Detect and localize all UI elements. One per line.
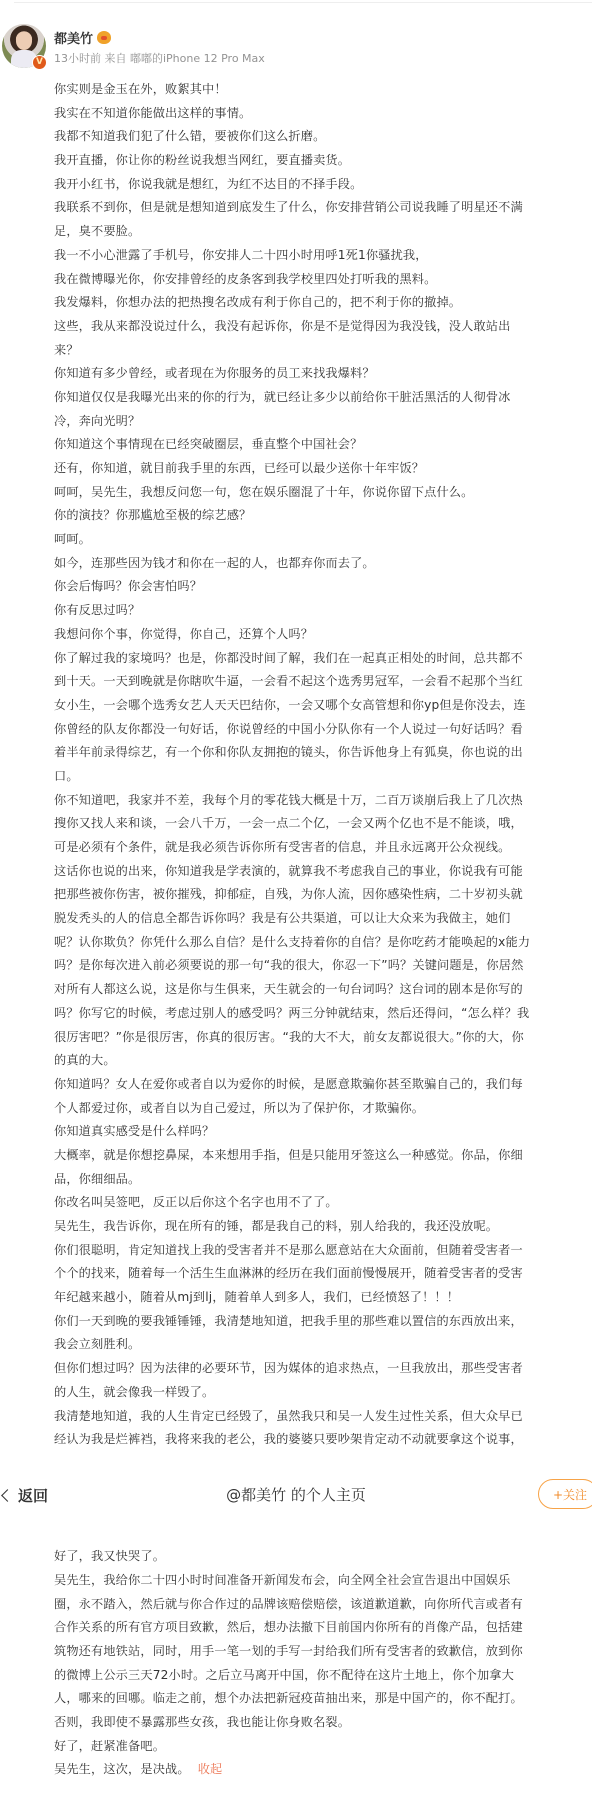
post-text-line: 你知道仅仅是我曝光出来的你的行为，就已经让多少以前给你干脏活黑活的人彻骨冰 [54,386,592,410]
collapse-link[interactable]: 收起 [198,1762,223,1776]
post-text-line: 你们很聪明，肯定知道找上我的受害者并不是那么愿意站在大众面前，但随着受害者一 [54,1239,592,1263]
post-text-line: 你知道这个事情现在已经突破圈层，垂直整个中国社会？ [54,433,592,457]
back-button[interactable]: 返回 [0,1472,48,1518]
post-text-line: 呵呵，吴先生，我想反问您一句，您在娱乐圈混了十年，你说你留下点什么。 [54,481,592,505]
post-text-line: 很厉害吧？”你是很厉害，你真的很厉害。“我的大不大，前女友都说很大。”你的大，你 [54,1026,592,1050]
chevron-left-icon [1,1489,14,1502]
post-text-line: 我会立刻胜利。 [54,1333,592,1357]
post-text-line [54,1522,592,1546]
follow-button[interactable]: +关注 [538,1479,592,1509]
post-text-line: 我在微博曝光你，你安排曾经的皮条客到我学校里四处打听我的黑料。 [54,268,592,292]
crown-icon [97,31,111,44]
post-text-line: 我联系不到你，但是就是想知道到底发生了什么，你安排营销公司说我睡了明星还不满 [54,196,592,220]
post-text-line: 个个的找来，随着每一个活生生血淋淋的经历在我们面前慢慢展开，随着受害者的受害 [54,1262,592,1286]
post-text-line: 我一不小心泄露了手机号，你安排人二十四小时用呼1死1你骚扰我， [54,244,592,268]
post-text-line: 冷，奔向光明？ [54,410,592,434]
post-text-line: 到十天。一天到晚就是你瞎吹牛逼，一会看不起这个选秀男冠军，一会看不起那个当红 [54,670,592,694]
verified-badge-icon: V [32,55,47,70]
post-text-line: 好了，我又快哭了。 [54,1545,592,1569]
author-name[interactable]: 都美竹 [54,28,93,47]
post-text-line: 口。 [54,765,592,789]
post-text-line: 的真的大。 [54,1049,592,1073]
post-text-line: 女小生，一会哪个选秀女艺人天天巴结你，一会又哪个女高管想和你yp但是你没去，连 [54,694,592,718]
post-text-line: 你知道有多少曾经，或者现在为你服务的员工来找我爆料？ [54,362,592,386]
author-name-row: 都美竹 [54,28,111,47]
post-text-line: 呢？认你欺负？你凭什么那么自信？是什么支持着你的自信？是你吃药才能唤起的x能力 [54,931,592,955]
post-text-line: 我都不知道我们犯了什么错，要被你们这么折磨。 [54,125,592,149]
last-line-text: 吴先生，这次，是决战。 [54,1762,190,1776]
post-text-line: 对所有人都这么说，这是你与生俱来，天生就会的一句台词吗？这台词的剧本是你写的 [54,978,592,1002]
profile-navbar: 返回 @都美竹 的个人主页 +关注 [0,1472,592,1518]
post-content: 你实则是金玉在外，败絮其中！我实在不知道你能做出这样的事情。我都不知道我们犯了什… [54,78,592,1782]
post-text-line: 你会后悔吗？你会害怕吗？ [54,575,592,599]
post-text-line: 个人都爱过你，或者自以为自己爱过，所以为了保护你，才欺骗你。 [54,1097,592,1121]
post-text-line: 圈，永不踏入，然后就与你合作过的品牌该赔偿赔偿，该道歉道歉，向你所代言或者有 [54,1593,592,1617]
post-text-line: 你知道吗？女人在爱你或者自以为爱你的时候，是愿意欺骗你甚至欺骗自己的，我们每 [54,1073,592,1097]
post-text-line: 你有反思过吗？ [54,599,592,623]
post-text-line: 我发爆料，你想办法的把热搜名改成有利于你自己的，把不利于你的撤掉。 [54,291,592,315]
avatar-face [16,32,32,50]
post-text-line: 你不知道吧，我家并不差，我每个月的零花钱大概是十万，二百万谈崩后我上了几次热 [54,789,592,813]
post-text-line: 你改名叫吴签吧，反正以后你这个名字也用不了了。 [54,1191,592,1215]
post-meta: 13小时前 来自 嘟嘟的iPhone 12 Pro Max [54,50,265,66]
post-text-line: 如今，连那些因为钱才和你在一起的人，也都弃你而去了。 [54,552,592,576]
post-text-line: 吗？你写它的时候，考虑过别人的感受吗？两三分钟就结束，然后还得问，“怎么样？我 [54,1002,592,1026]
post-text-line: 年纪越来越小，随着从mj到lj，随着单人到多人，我们，已经愤怒了！！！ [54,1286,592,1310]
post-text-line: 你们一天到晚的要我锤锤锤，我清楚地知道，把我手里的那些难以置信的东西放出来， [54,1310,592,1334]
post-text-bottom: 因为，我，是个人。好了，我又快哭了。吴先生，我给你二十四小时时间准备开新闻发布会… [54,1498,592,1759]
top-divider [14,2,592,3]
post-text-line: 吴先生，我告诉你，现在所有的锤，都是我自己的料，别人给我的，我还没放呢。 [54,1215,592,1239]
post-text-line: 大概率，就是你想挖鼻屎，本来想用手指，但是只能用牙签这么一种感觉。你品，你细 [54,1144,592,1168]
post-text-line: 呵呵。 [54,528,592,552]
post-text-line: 人，哪来的回哪。临走之前，想个办法把新冠疫苗抽出来，那是中国产的，你不配打。 [54,1687,592,1711]
back-label: 返回 [18,1485,48,1506]
post-text-line: 你了解过我的家境吗？也是，你都没时间了解，我们在一起真正相处的时间，总共都不 [54,647,592,671]
post-text-line: 我清楚地知道，我的人生肯定已经毁了，虽然我只和吴一人发生过性关系，但大众早已 [54,1405,592,1429]
post-last-line: 吴先生，这次，是决战。收起 [54,1758,592,1782]
post-text-line: 搜你又找人来和谈，一会八千万，一会一点二个亿，一会又两个亿也不是不能谈，哦， [54,812,592,836]
post-text-line: 我实在不知道你能做出这样的事情。 [54,102,592,126]
post-text-line: 吴先生，我给你二十四小时时间准备开新闻发布会，向全网全社会宣告退出中国娱乐 [54,1569,592,1593]
post-text-line: 的人生，就会像我一样毁了。 [54,1381,592,1405]
post-text-line: 你实则是金玉在外，败絮其中！ [54,78,592,102]
post-text-line: 我开直播，你让你的粉丝说我想当网红，要直播卖货。 [54,149,592,173]
post-text-line: 的微博上公示三天72小时。之后立马离开中国，你不配待在这片土地上，你个加拿大 [54,1664,592,1688]
post-text-line: 筑物还有地铁站，同时，用手一笔一划的手写一封给我们所有受害者的致歉信，放到你 [54,1640,592,1664]
post-text-line: 我开小红书，你说我就是想红，为红不达目的不择手段。 [54,173,592,197]
post-text-line: 把那些被你伤害，被你摧残，抑郁症，自残，为你人流，因你感染性病，二十岁初头就 [54,883,592,907]
post-text-line: 你曾经的队友你都没一句好话，你说曾经的中国小分队你有一个人说过一句好话吗？看 [54,718,592,742]
post-text-line: 品，你细细品。 [54,1168,592,1192]
post-text-line: 但你们想过吗？因为法律的必要环节，因为媒体的追求热点，一旦我放出，那些受害者 [54,1357,592,1381]
post-text-line: 来？ [54,339,592,363]
post-text-line: 还有，你知道，就目前我手里的东西，已经可以最少送你十年牢饭？ [54,457,592,481]
post-text-line: 脱发秃头的人的信息全都告诉你吗？我是有公共渠道，可以让大众来为我做主，她们 [54,907,592,931]
post-text-top: 你实则是金玉在外，败絮其中！我实在不知道你能做出这样的事情。我都不知道我们犯了什… [54,78,592,1452]
post-text-line: 可是必须有个条件，就是我必须告诉你所有受害者的信息，并且永远离开公众视线。 [54,836,592,860]
post-text-line: 这些，我从来都没说过什么，我没有起诉你，你是不是觉得因为我没钱，没人敢站出 [54,315,592,339]
post-text-line: 足，臭不要脸。 [54,220,592,244]
post-text-line: 我想问你个事，你觉得，你自己，还算个人吗？ [54,623,592,647]
post-text-line: 你的演技？你那尴尬至极的综艺感？ [54,504,592,528]
post-text-line: 你知道真实感受是什么样吗？ [54,1120,592,1144]
post-text-line: 合作关系的所有官方项目致歉，然后，想办法撤下目前国内你所有的肖像产品，包括建 [54,1616,592,1640]
page-title: @都美竹 的个人主页 [0,1472,592,1518]
post-text-line: 否则，我即使不暴露那些女孩，我也能让你身败名裂。 [54,1711,592,1735]
post-text-line: 着半年前录得综艺，有一个你和你队友拥抱的镜头，你告诉他身上有狐臭，你也说的出 [54,741,592,765]
post-text-line: 经认为我是烂裤裆，我将来我的老公，我的婆婆只要吵架肯定动不动就要拿这个说事， [54,1428,592,1452]
post-text-line: 吗？是你每次进入前必须要说的那一句“我的很大，你忍一下”吗？关键问题是，你居然 [54,954,592,978]
post-text-line: 好了，赶紧准备吧。 [54,1735,592,1759]
post-text-line: 这话你也说的出来，你知道我是学表演的，就算我不考虑我自己的事业，你说我有可能 [54,860,592,884]
